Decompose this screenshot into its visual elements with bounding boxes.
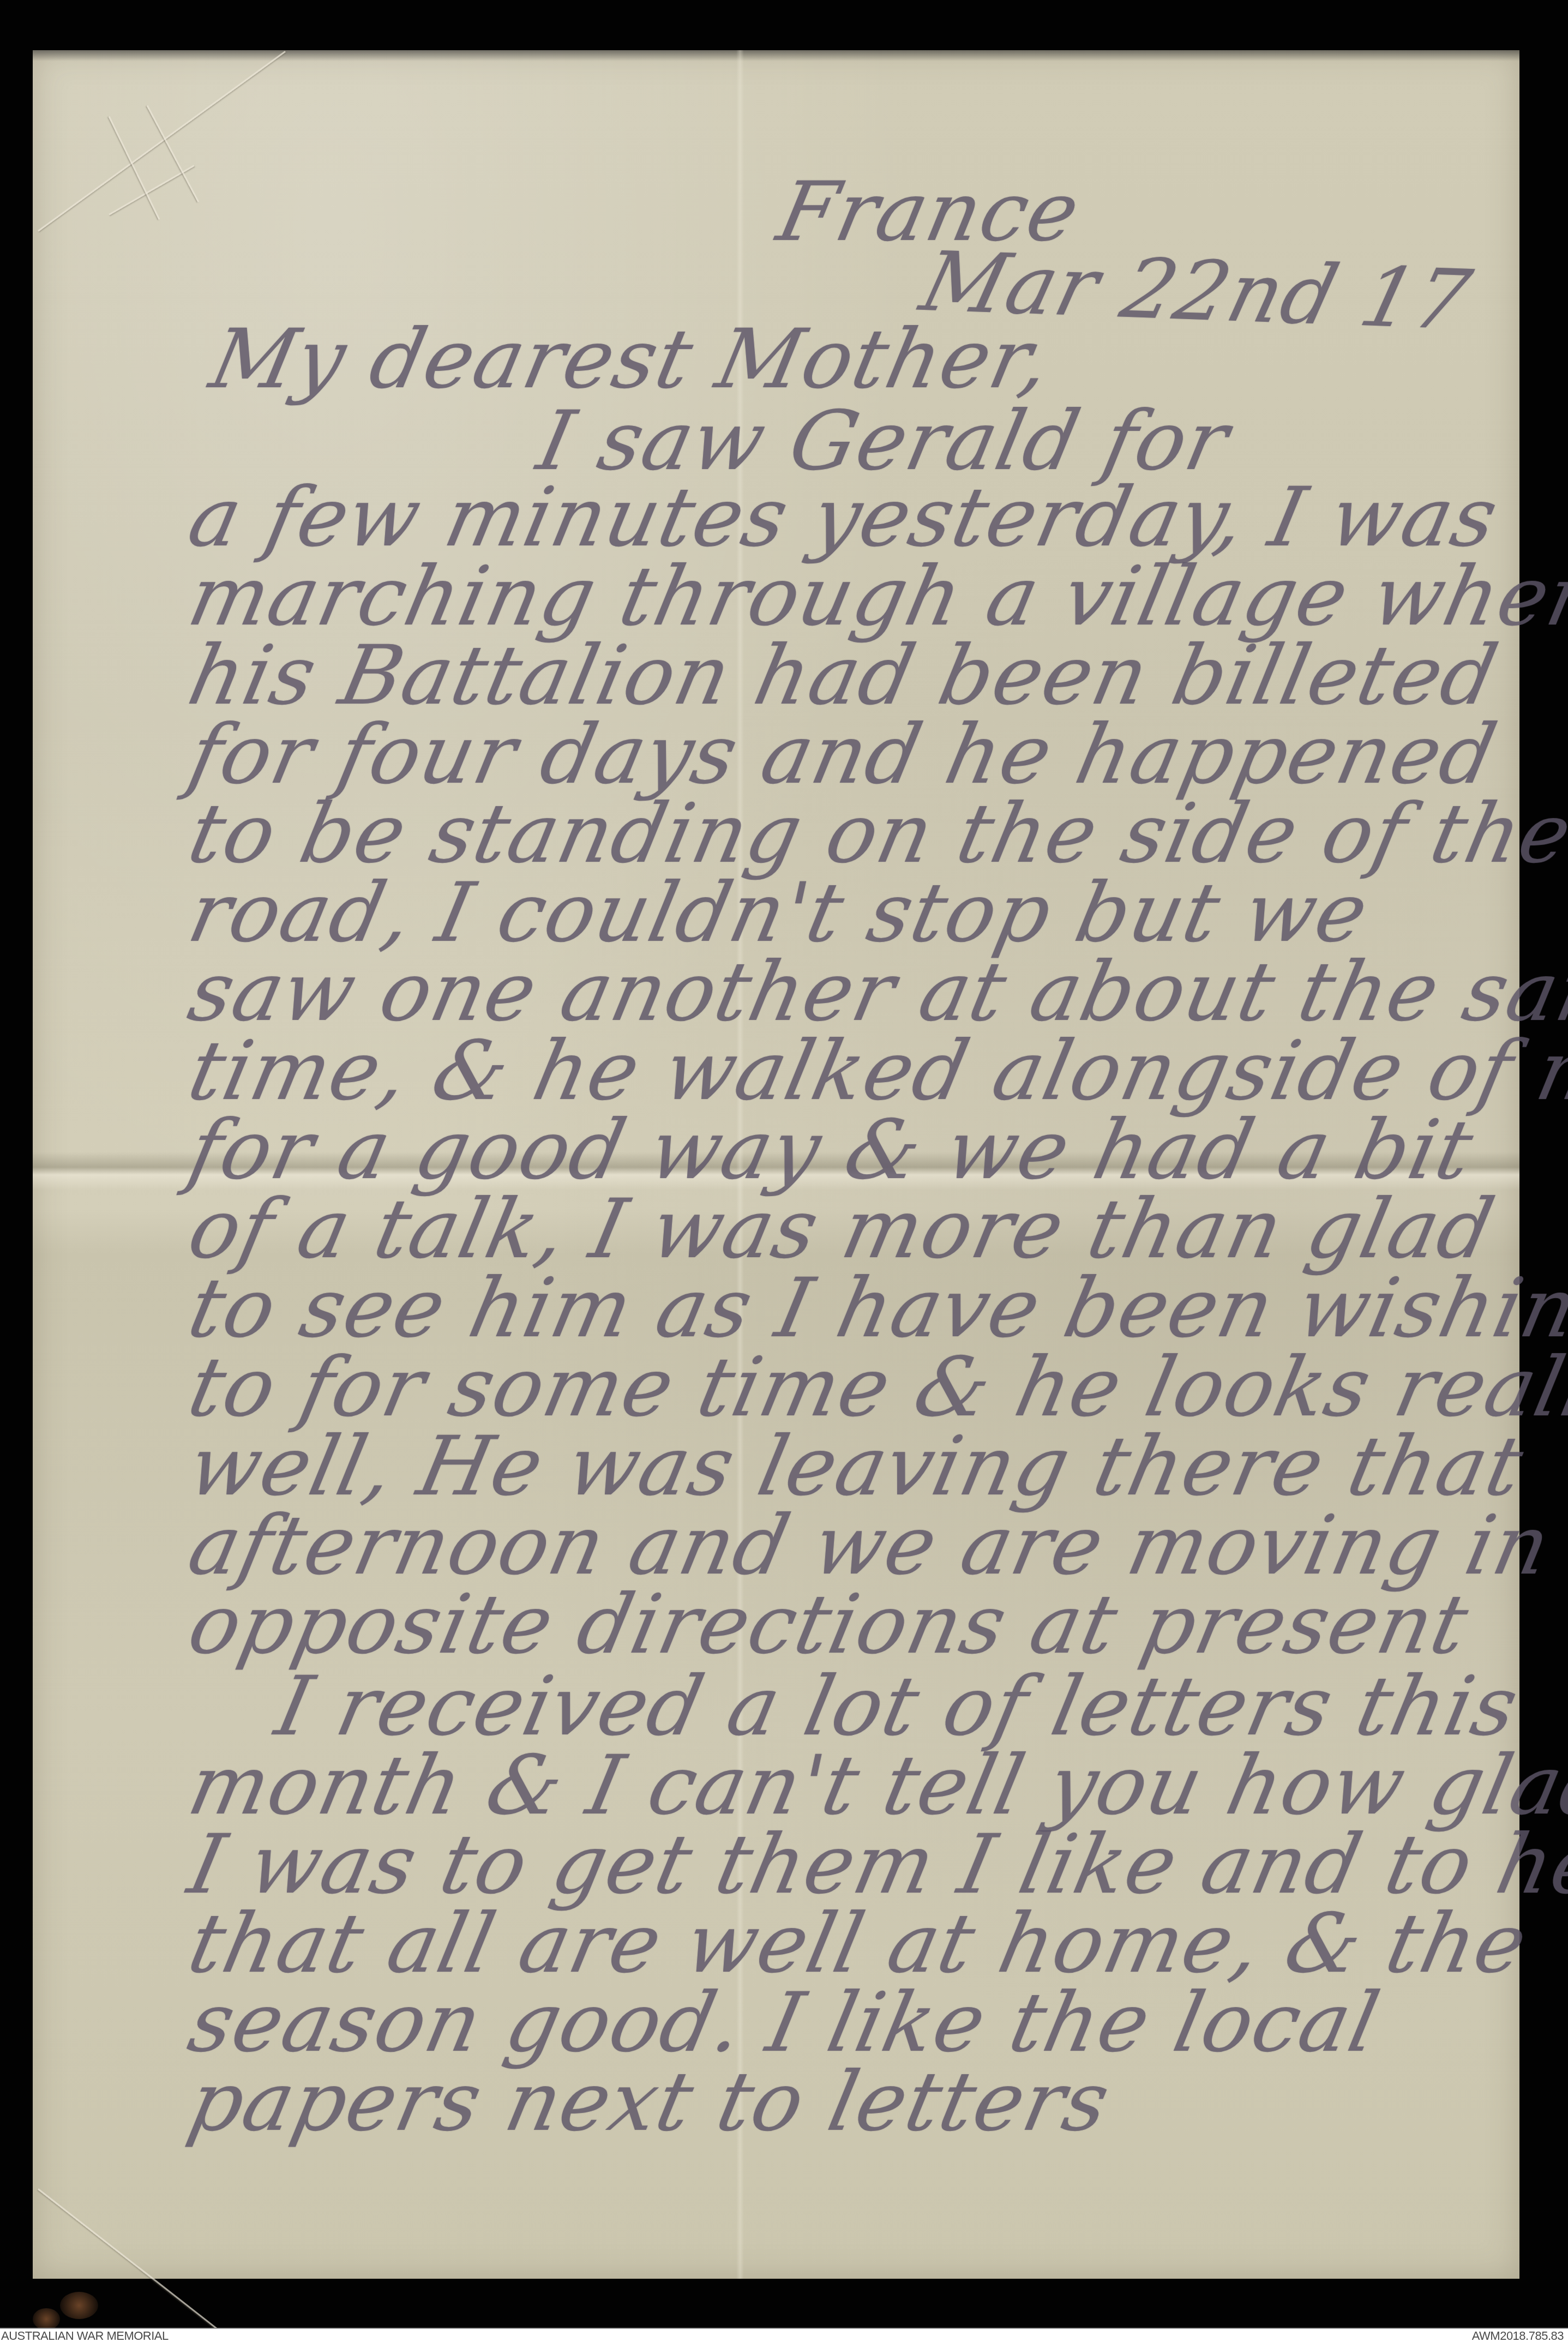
paper-top-edge [33,50,1519,61]
paper-crease [109,116,160,220]
paper-stain [33,2308,60,2330]
paper-stain [60,2292,98,2319]
institution-label: AUSTRALIAN WAR MEMORIAL [1,2329,169,2342]
letter-line: papers next to letters [181,2055,1119,2149]
footer-caption-bar: AUSTRALIAN WAR MEMORIAL AWM2018.785.83 [0,2328,1568,2342]
letter-paper: France Mar 22nd 17 My dearest Mother, I … [33,50,1519,2279]
accession-number: AWM2018.785.83 [1472,2329,1564,2342]
scan-background: France Mar 22nd 17 My dearest Mother, I … [0,0,1568,2327]
letter-line: opposite directions at present [181,1577,1477,1672]
paper-crease [38,51,286,232]
letter-salutation: My dearest Mother, [203,312,1060,407]
